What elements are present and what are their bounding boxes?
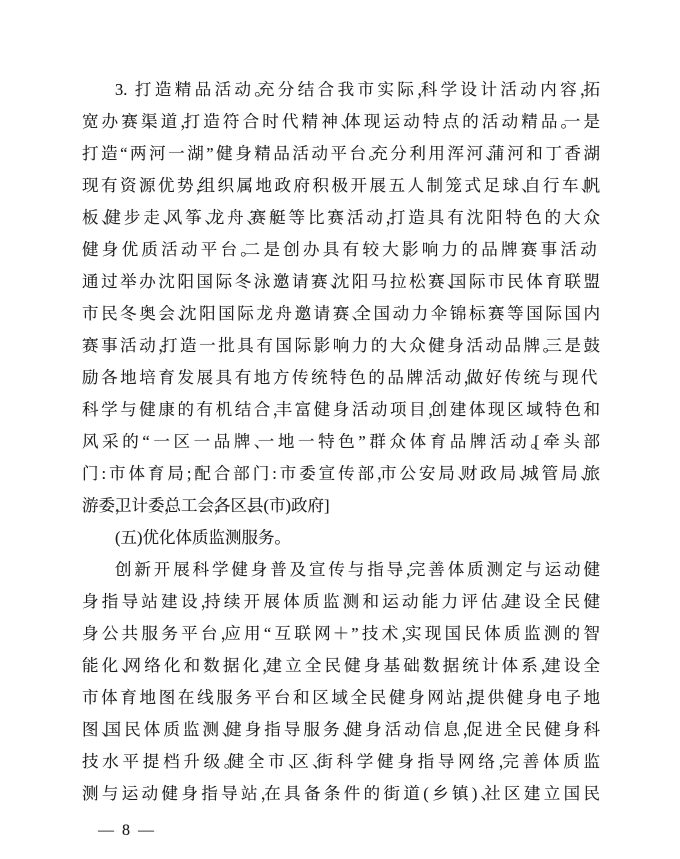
text-line: 测与运动健身指导站，在具备条件的街道(乡镇)、社区建立国民 <box>82 778 600 810</box>
text-line: 现有资源优势，组织属地政府积极开展五人制笼式足球、自行车、帆 <box>82 170 600 202</box>
text-line: 板、健步走、风筝、龙舟、赛艇等比赛活动，打造具有沈阳特色的大众 <box>82 202 600 234</box>
text-line: 技水平提档升级。健全市、区、街科学健身指导网络，完善体质监 <box>82 746 600 778</box>
text-line: 门:市体育局;配合部门:市委宣传部，市公安局、财政局、城管局、旅 <box>82 458 600 490</box>
text-line: 风采的“一区一品牌、一地一特色”群众体育品牌活动。[牵头部 <box>82 426 600 458</box>
paragraph-start-line: 3. 打造精品活动。充分结合我市实际，科学设计活动内容，拓 <box>82 74 600 106</box>
page-number: — 8 — <box>98 822 156 840</box>
text-line: 科学与健康的有机结合，丰富健身活动项目，创建体现区域特色和 <box>82 394 600 426</box>
text-line: 图、国民体质监测、健身指导服务、健身活动信息，促进全民健身科 <box>82 714 600 746</box>
paragraph-end-line: 游委，卫计委，总工会，各区、县(市)政府] <box>82 490 600 522</box>
text-line: 身指导站建设，持续开展体质监测和运动能力评估。建设全民健 <box>82 586 600 618</box>
text-line: 能化、网络化和数据化，建立全民健身基础数据统计体系，建设全 <box>82 650 600 682</box>
text-line: 健身优质活动平台。二是创办具有较大影响力的品牌赛事活动。 <box>82 234 600 266</box>
document-body: 3. 打造精品活动。充分结合我市实际，科学设计活动内容，拓 宽办赛渠道，打造符合… <box>82 74 600 810</box>
text-line: 市民冬奥会、沈阳国际龙舟邀请赛、全国动力伞锦标赛等国际国内 <box>82 298 600 330</box>
text-line: 赛事活动，打造一批具有国际影响力的大众健身活动品牌。三是鼓 <box>82 330 600 362</box>
text-line: 励各地培育发展具有地方传统特色的品牌活动，做好传统与现代、 <box>82 362 600 394</box>
document-page: 3. 打造精品活动。充分结合我市实际，科学设计活动内容，拓 宽办赛渠道，打造符合… <box>0 0 680 859</box>
text-line: 打造“两河一湖”健身精品活动平台。充分利用浑河、蒲河和丁香湖 <box>82 138 600 170</box>
text-line: 市体育地图在线服务平台和区域全民健身网站，提供健身电子地 <box>82 682 600 714</box>
text-line: 宽办赛渠道，打造符合时代精神、体现运动特点的活动精品。一是 <box>82 106 600 138</box>
paragraph-start-line: 创新开展科学健身普及宣传与指导，完善体质测定与运动健 <box>82 554 600 586</box>
section-heading-line: (五)优化体质监测服务。 <box>82 522 600 554</box>
text-line: 通过举办沈阳国际冬泳邀请赛、沈阳马拉松赛、国际市民体育联盟 <box>82 266 600 298</box>
text-line: 身公共服务平台，应用“互联网＋”技术，实现国民体质监测的智 <box>82 618 600 650</box>
